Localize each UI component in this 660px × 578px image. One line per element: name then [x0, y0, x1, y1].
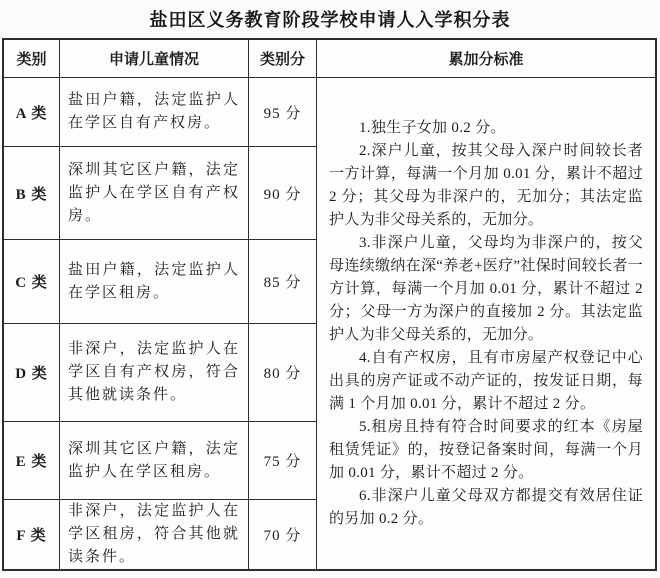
bonus-standards-column: 累加分标准 1.独生子女加 0.2 分。 2.深户儿童，按其父母入深户时间较长者… — [317, 40, 655, 569]
situation-text: 深圳其它区户籍，法定监护人在学区自有产权房。 — [68, 159, 240, 228]
score-cell: 80 分 — [249, 324, 317, 421]
situation-cell: 深圳其它区户籍，法定监护人在学区自有产权房。 — [60, 147, 249, 239]
header-score: 类别分 — [249, 40, 317, 77]
score-cell: 85 分 — [249, 240, 317, 323]
score-text: 70 分 — [264, 524, 302, 545]
bonus-rule: 2.深户儿童，按其父母入深户时间较长者一方计算，每满一个月加 0.01 分，累计… — [329, 140, 643, 232]
category-cell: F 类 — [4, 500, 60, 569]
header-category: 类别 — [4, 40, 60, 77]
score-cell: 95 分 — [249, 78, 317, 146]
category-label: E 类 — [16, 450, 48, 471]
situation-cell: 盐田户籍，法定监护人在学区租房。 — [60, 240, 249, 323]
header-bonus-standards: 累加分标准 — [317, 40, 655, 78]
table-row: D 类 非深户，法定监护人在学区自有产权房，符合其他就读条件。 80 分 — [4, 324, 317, 422]
table-row: E 类 深圳其它区户籍，法定监护人在学区租房。 75 分 — [4, 422, 317, 500]
situation-cell: 非深户，法定监护人在学区自有产权房，符合其他就读条件。 — [60, 324, 249, 421]
category-cell: A 类 — [4, 78, 60, 146]
table-row: B 类 深圳其它区户籍，法定监护人在学区自有产权房。 90 分 — [4, 147, 317, 240]
category-cell: B 类 — [4, 147, 60, 239]
score-text: 85 分 — [264, 271, 302, 292]
situation-cell: 盐田户籍，法定监护人在学区自有产权房。 — [60, 78, 249, 146]
bonus-rule: 1.独生子女加 0.2 分。 — [329, 117, 643, 140]
score-text: 75 分 — [264, 450, 302, 471]
points-table: 类别 申请儿童情况 类别分 A 类 盐田户籍，法定监护人在学区自有产权房。 95… — [2, 38, 657, 571]
situation-text: 深圳其它区户籍，法定监护人在学区租房。 — [68, 438, 240, 484]
category-label: B 类 — [16, 183, 48, 204]
bonus-rule: 5.租房且持有符合时间要求的红本《房屋租赁凭证》的，按登记备案时间，每满一个月加… — [329, 416, 643, 485]
bonus-rule: 3.非深户儿童，父母均为非深户的，按父母连续缴纳在深“养老+医疗”社保时间较长者… — [329, 232, 643, 347]
category-cell: D 类 — [4, 324, 60, 421]
category-label: F 类 — [16, 524, 46, 545]
category-label: A 类 — [16, 102, 48, 123]
score-cell: 70 分 — [249, 500, 317, 569]
score-cell: 90 分 — [249, 147, 317, 239]
situation-text: 非深户，法定监护人在学区租房，符合其他就读条件。 — [68, 500, 240, 569]
bonus-rule: 6.非深户儿童父母双方都提交有效居住证的另加 0.2 分。 — [329, 485, 643, 531]
category-label: C 类 — [15, 271, 48, 292]
situation-cell: 深圳其它区户籍，法定监护人在学区租房。 — [60, 422, 249, 499]
situation-text: 非深户，法定监护人在学区自有产权房，符合其他就读条件。 — [68, 338, 240, 407]
bonus-standards-cell: 1.独生子女加 0.2 分。 2.深户儿童，按其父母入深户时间较长者一方计算，每… — [317, 78, 655, 569]
category-label: D 类 — [15, 362, 48, 383]
situation-text: 盐田户籍，法定监护人在学区租房。 — [68, 259, 240, 305]
score-text: 95 分 — [264, 102, 302, 123]
table-row: F 类 非深户，法定监护人在学区租房，符合其他就读条件。 70 分 — [4, 500, 317, 569]
page-title: 盐田区义务教育阶段学校申请人入学积分表 — [0, 0, 660, 31]
header-situation: 申请儿童情况 — [60, 40, 249, 77]
score-cell: 75 分 — [249, 422, 317, 499]
points-table-left-columns: 类别 申请儿童情况 类别分 A 类 盐田户籍，法定监护人在学区自有产权房。 95… — [4, 40, 317, 569]
situation-text: 盐田户籍，法定监护人在学区自有产权房。 — [68, 89, 240, 135]
document-page: 盐田区义务教育阶段学校申请人入学积分表 类别 申请儿童情况 类别分 A 类 盐田… — [0, 0, 660, 578]
category-cell: C 类 — [4, 240, 60, 323]
score-text: 80 分 — [264, 362, 302, 383]
bonus-rule: 4.自有产权房，且有市房屋产权登记中心出具的房产证或不动产证的，按发证日期，每满… — [329, 347, 643, 416]
category-cell: E 类 — [4, 422, 60, 499]
table-header-row: 类别 申请儿童情况 类别分 — [4, 40, 317, 78]
table-row: C 类 盐田户籍，法定监护人在学区租房。 85 分 — [4, 240, 317, 324]
situation-cell: 非深户，法定监护人在学区租房，符合其他就读条件。 — [60, 500, 249, 569]
score-text: 90 分 — [264, 183, 302, 204]
table-row: A 类 盐田户籍，法定监护人在学区自有产权房。 95 分 — [4, 78, 317, 147]
